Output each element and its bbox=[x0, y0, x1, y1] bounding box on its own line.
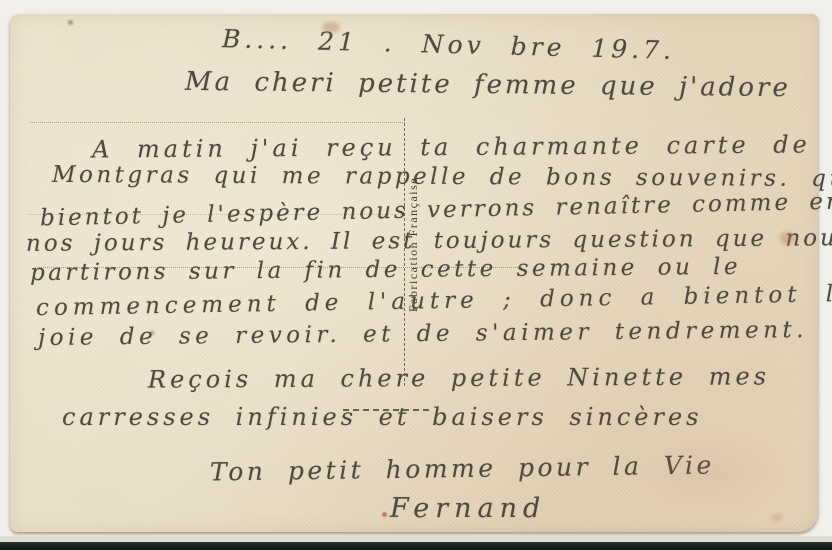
speck bbox=[68, 20, 73, 25]
scan-edge-band bbox=[0, 542, 832, 550]
body-line: commencement de l'autre ; donc a bientot… bbox=[36, 281, 832, 321]
body-line: nos jours heureux. Il est toujours quest… bbox=[26, 225, 832, 257]
closing-line: Reçois ma chere petite Ninette mes bbox=[148, 362, 770, 393]
postcard-back: Fabrication Française B.... 21 . Nov bre… bbox=[10, 14, 818, 532]
signature: Fernand bbox=[390, 493, 546, 524]
body-line: bientot je l'espère nous verrons renaîtr… bbox=[40, 189, 832, 232]
body-line: A matin j'ai reçu ta charmante carte de bbox=[92, 130, 811, 163]
red-speck bbox=[382, 512, 387, 517]
body-line: joie de se revoir. et de s'aimer tendrem… bbox=[38, 317, 808, 351]
body-line: Montgras qui me rappelle de bons souveni… bbox=[52, 162, 832, 192]
body-line: partirons sur la fin de cette semaine ou… bbox=[30, 254, 741, 286]
printed-dotted-line bbox=[30, 122, 405, 123]
valediction-line: Ton petit homme pour la Vie bbox=[210, 450, 715, 486]
scanned-postcard-background: Fabrication Française B.... 21 . Nov bre… bbox=[0, 0, 832, 550]
closing-line: carresses infinies et baisers sincères bbox=[62, 403, 703, 431]
stain bbox=[772, 514, 782, 521]
date-line: B.... 21 . Nov bre 19.7. bbox=[222, 24, 676, 65]
salutation-line: Ma cheri petite femme que j'adore bbox=[185, 67, 791, 103]
